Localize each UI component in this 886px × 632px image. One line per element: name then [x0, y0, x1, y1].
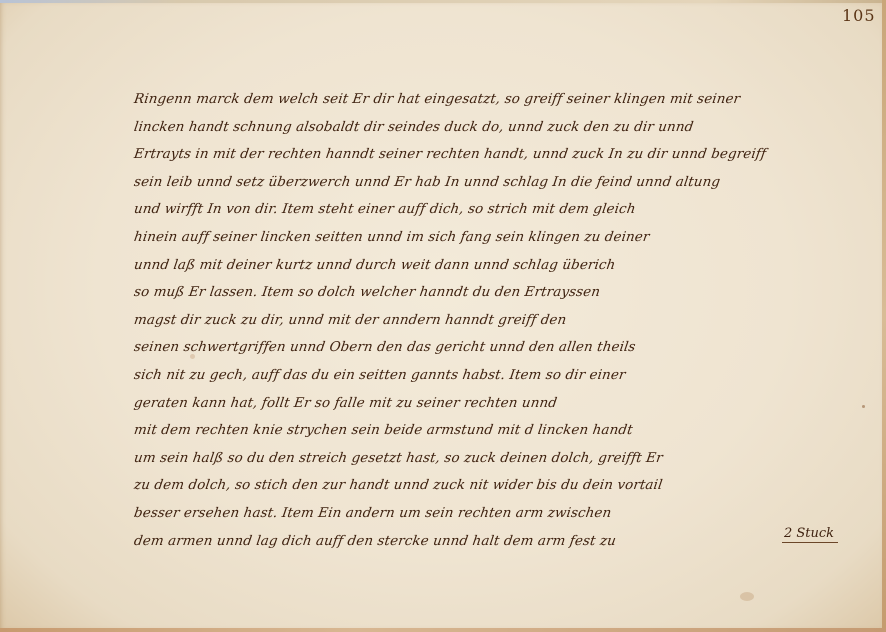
- manuscript-line: zu dem dolch, so stich den zur handt unn…: [132, 472, 856, 500]
- folio-number: 105: [842, 6, 876, 25]
- manuscript-line: sein leib unnd setz überzwerch unnd Er h…: [132, 169, 856, 197]
- paper-stain: [862, 405, 865, 408]
- manuscript-line: seinen schwertgriffen unnd Obern den das…: [132, 334, 856, 362]
- manuscript-line: mit dem rechten knie strychen sein beide…: [132, 417, 856, 445]
- manuscript-line: sich nit zu gech, auff das du ein seitte…: [132, 362, 856, 390]
- manuscript-line: geraten kann hat, follt Er so falle mit …: [132, 390, 856, 418]
- manuscript-line: so muß Er lassen. Item so dolch welcher …: [132, 279, 856, 307]
- paper-stain: [740, 592, 754, 601]
- manuscript-line: und wirfft In von dir. Item steht einer …: [132, 196, 856, 224]
- catchword: 2 Stuck: [782, 526, 838, 543]
- manuscript-line: Ringenn marck dem welch seit Er dir hat …: [132, 86, 856, 114]
- handwritten-text-block: Ringenn marck dem welch seit Er dir hat …: [134, 86, 854, 555]
- manuscript-line: besser ersehen hast. Item Ein andern um …: [132, 500, 856, 528]
- manuscript-line: hinein auff seiner lincken seitten unnd …: [132, 224, 856, 252]
- manuscript-line: um sein halß so du den streich gesetzt h…: [132, 445, 856, 473]
- manuscript-line: dem armen unnd lag dich auff den stercke…: [132, 528, 856, 556]
- manuscript-page: 105 Ringenn marck dem welch seit Er dir …: [0, 0, 886, 632]
- manuscript-line: magst dir zuck zu dir, unnd mit der annd…: [132, 307, 856, 335]
- manuscript-line: unnd laß mit deiner kurtz unnd durch wei…: [132, 252, 856, 280]
- manuscript-line: Ertrayts in mit der rechten hanndt seine…: [132, 141, 856, 169]
- page-edge: [882, 0, 886, 632]
- manuscript-line: lincken handt schnung alsobaldt dir sein…: [132, 114, 856, 142]
